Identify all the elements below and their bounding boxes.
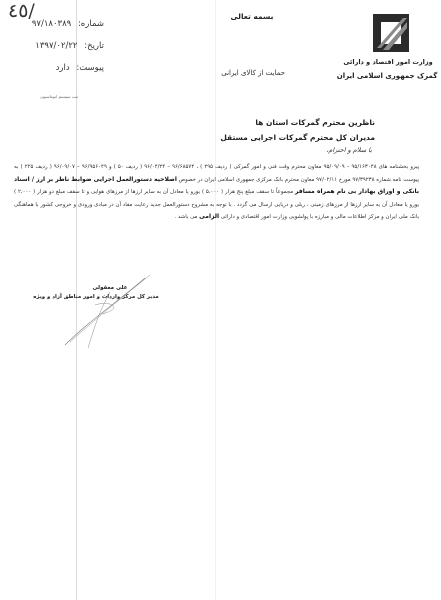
handwritten-note: ٤٥/ bbox=[8, 0, 35, 22]
recipient-line: ناظرین محترم گمرکات استان ها bbox=[255, 118, 375, 127]
letter-date-label: تاریخ: bbox=[84, 41, 104, 51]
automation-stamp-note: ثبت سیستم اتوماسیون bbox=[40, 94, 78, 99]
scan-fold-line bbox=[215, 0, 216, 600]
letter-number-value: ۹۷/۱۸۰۳۸۹ bbox=[32, 19, 71, 29]
customs-logo-icon bbox=[367, 10, 415, 56]
signatory-name: علی معقولی bbox=[90, 285, 130, 291]
letter-attachment-label: پیوست: bbox=[76, 63, 104, 73]
greeting: با سلام و احترام، bbox=[326, 146, 372, 154]
slogan: حمایت از کالای ایرانی bbox=[195, 69, 285, 77]
letter-body: پیرو بخشنامه های ۹۵/۱۶۳۰۴۸ – ۹۵/۰۹/۰۹ مع… bbox=[14, 161, 419, 224]
ministry-name: وزارت امور اقتصاد و دارائی bbox=[340, 58, 436, 66]
letter-date-value: ۱۳۹۷/۰۲/۲۲ bbox=[35, 41, 77, 51]
body-text: می باشد . bbox=[174, 214, 197, 220]
recipient-line: مدیران کل محترم گمرکات اجرایی مستقل bbox=[220, 133, 375, 142]
letter-number: شماره: ۹۷/۱۸۰۳۸۹ bbox=[32, 19, 104, 29]
customs-name: گمرک جمهوری اسلامی ایران bbox=[335, 72, 439, 80]
signatory-title: مدیر کل مرکز واردات و امور مناطق آزاد و … bbox=[16, 294, 176, 300]
signature-scribble-icon bbox=[0, 270, 180, 350]
letter-attachment: پیوست: دارد bbox=[56, 63, 104, 73]
body-emphasis: الزامی bbox=[199, 213, 219, 220]
letter-number-label: شماره: bbox=[78, 19, 104, 29]
letter-date: تاریخ: ۱۳۹۷/۰۲/۲۲ bbox=[35, 41, 104, 51]
basmala-heading: بسمه تعالی bbox=[222, 12, 282, 21]
letter-attachment-value: دارد bbox=[56, 63, 70, 73]
